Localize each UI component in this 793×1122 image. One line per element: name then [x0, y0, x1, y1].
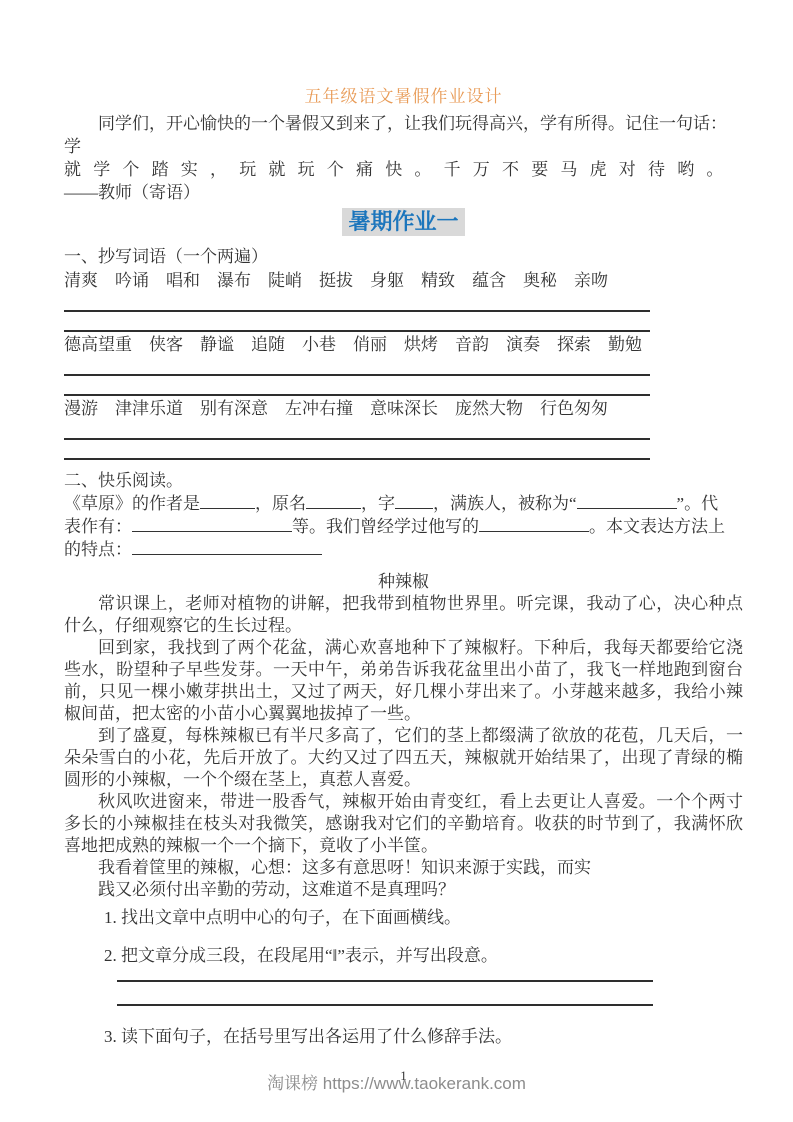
teacher-message-signature: ——教师（寄语）	[64, 181, 743, 204]
question-3: 3. 读下面句子，在括号里写出各运用了什么修辞手法。	[104, 1026, 743, 1048]
copy-line	[64, 440, 650, 460]
answer-blank	[306, 495, 361, 509]
answer-blank	[479, 518, 589, 532]
passage-paragraph-2: 回到家，我找到了两个花盆，满心欢喜地种下了辣椒籽。下种后，我每天都要给它浇些水，…	[64, 637, 743, 725]
fill-text: ，满族人，被称为“	[433, 494, 577, 513]
passage-paragraph-3: 到了盛夏，每株辣椒已有半尺多高了，它们的茎上都缀满了欲放的花苞，几天后，一朵朵雪…	[64, 725, 743, 791]
passage-paragraph-1: 常识课上，老师对植物的讲解，把我带到植物世界里。听完课，我动了心，决心种点什么，…	[64, 593, 743, 637]
teacher-message: 同学们，开心愉快的一个暑假又到来了，让我们玩得高兴，学有所得。记住一句话：学 就…	[64, 112, 743, 204]
homework-header-badge: 暑期作业一	[342, 208, 464, 236]
fill-in-line-2: 表作有：等。我们曾经学过他写的。本文表达方法上	[64, 515, 743, 538]
fill-text: ，字	[361, 494, 395, 513]
document-title: 五年级语文暑假作业设计	[64, 86, 743, 108]
fill-text: 《草原》的作者是	[64, 494, 200, 513]
fill-text: 的特点：	[64, 540, 132, 559]
section1-heading: 一、抄写词语（一个两遍）	[64, 246, 743, 268]
answer-blank	[577, 495, 677, 509]
worksheet-page: 五年级语文暑假作业设计 同学们，开心愉快的一个暑假又到来了，让我们玩得高兴，学有…	[0, 0, 793, 1084]
passage-title: 种辣椒	[64, 571, 743, 593]
teacher-message-line-2: 就学个踏实，玩就玩个痛快。千万不要马虎对待哟。	[64, 158, 743, 181]
answer-line	[117, 967, 653, 982]
fill-text: 表作有：	[64, 517, 132, 536]
copy-line	[64, 376, 650, 396]
answer-line	[117, 982, 653, 1006]
word-row-2: 德高望重 侠客 静谧 追随 小巷 俏丽 烘烤 音韵 演奏 探索 勤勉	[64, 334, 743, 356]
copy-line	[64, 420, 650, 440]
homework-header-row: 暑期作业一	[64, 208, 743, 236]
copy-line	[64, 292, 650, 312]
answer-blank	[132, 541, 322, 555]
fill-text: ”。代	[677, 494, 719, 513]
fill-text: 等。我们曾经学过他写的	[292, 517, 479, 536]
question-1: 1. 找出文章中点明中心的句子，在下面画横线。	[104, 907, 743, 929]
answer-blank	[395, 495, 433, 509]
fill-in-line-3: 的特点：	[64, 538, 743, 561]
copy-line	[64, 312, 650, 332]
passage-paragraph-5-line-1: 我看着筐里的辣椒，心想：这多有意思呀！知识来源于实践，而实	[64, 857, 743, 879]
answer-blank	[132, 518, 292, 532]
word-row-3: 漫游 津津乐道 别有深意 左冲右撞 意味深长 庞然大物 行色匆匆	[64, 398, 743, 420]
answer-blank	[200, 495, 255, 509]
question-2: 2. 把文章分成三段，在段尾用“‖”表示，并写出段意。	[104, 945, 743, 967]
passage-paragraph-5-line-2: 践又必须付出辛勤的劳动，这难道不是真理吗？	[64, 879, 743, 901]
copy-line	[64, 356, 650, 376]
teacher-message-line-1: 同学们，开心愉快的一个暑假又到来了，让我们玩得高兴，学有所得。记住一句话：学	[64, 112, 743, 158]
fill-text: ，原名	[255, 494, 306, 513]
passage-paragraph-4: 秋风吹进窗来，带进一股香气，辣椒开始由青变红，看上去更让人喜爱。一个个两寸多长的…	[64, 791, 743, 857]
fill-text: 。本文表达方法上	[589, 517, 725, 536]
site-watermark: 淘课榜 https://www.taokerank.com	[0, 1069, 793, 1094]
fill-in-line-1: 《草原》的作者是，原名，字，满族人，被称为“”。代	[64, 492, 743, 515]
word-row-1: 清爽 吟诵 唱和 瀑布 陡峭 挺拔 身躯 精致 蕴含 奥秘 亲吻	[64, 270, 743, 292]
section2-heading: 二、快乐阅读。	[64, 470, 743, 492]
